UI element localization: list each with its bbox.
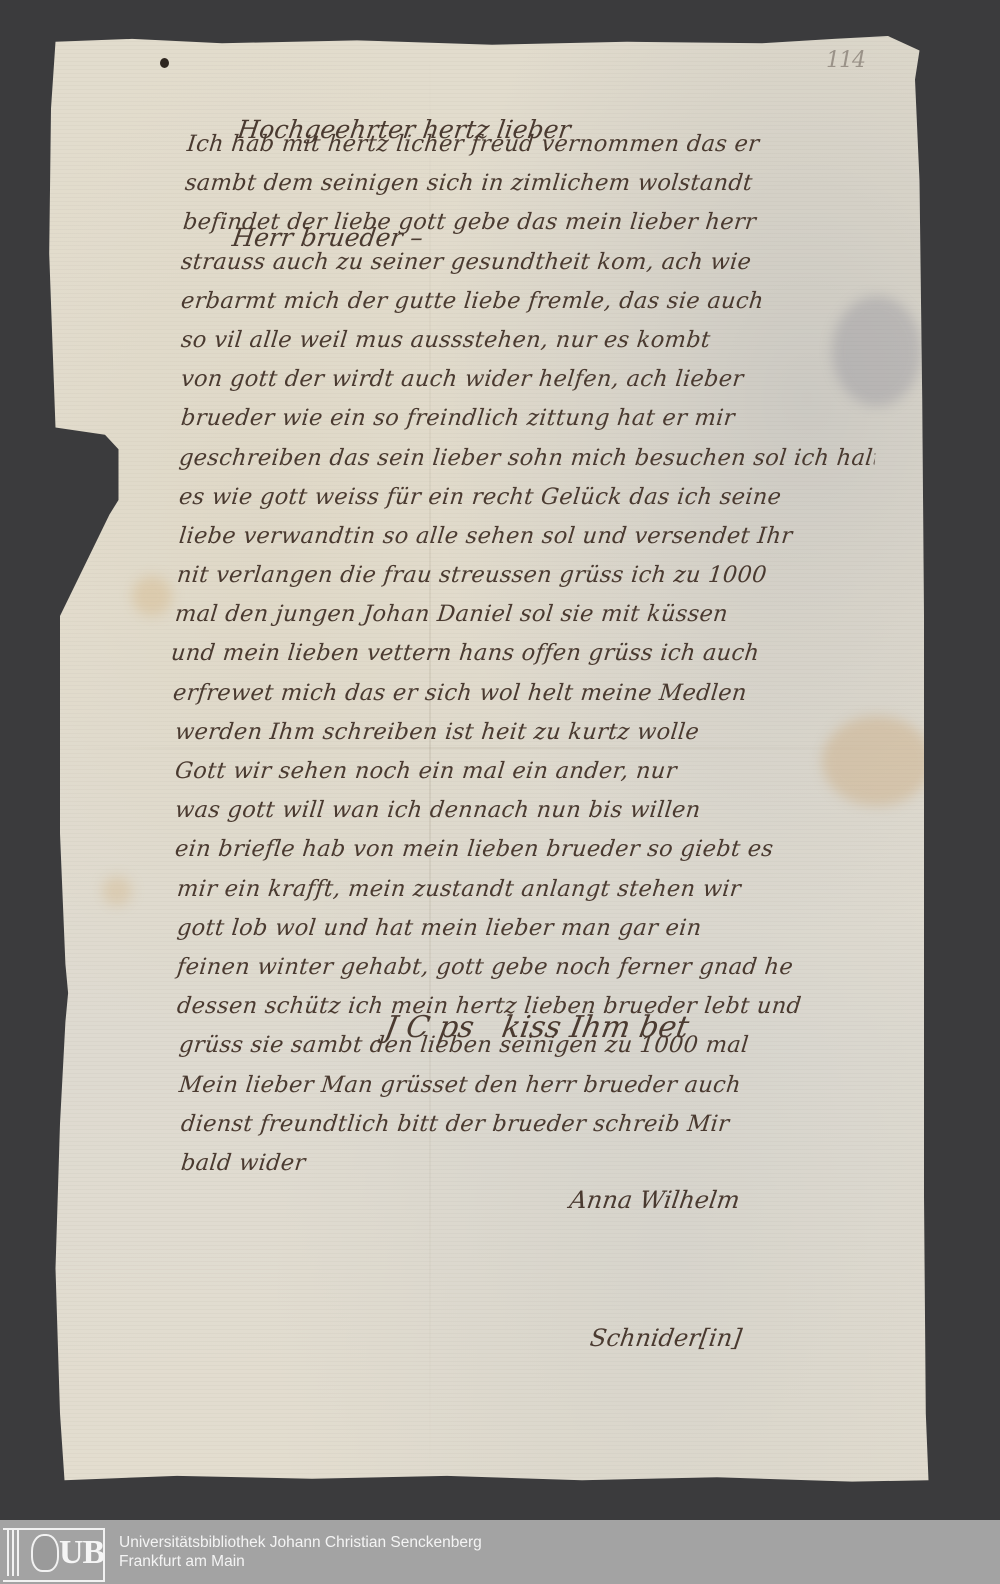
letter-line: was gott will wan ich dennach nun bis wi… xyxy=(143,791,877,830)
letter-line: mal den jungen Johan Daniel sol sie mit … xyxy=(143,595,877,634)
institution-name-line2: Frankfurt am Main xyxy=(119,1552,482,1571)
letter-line: nit verlangen die frau streussen grüss i… xyxy=(143,556,877,595)
letter-line: liebe verwandtin so alle sehen sol und v… xyxy=(143,517,877,556)
letter-line: strauss auch zu seiner gesundtheit kom, … xyxy=(143,243,877,282)
letter-line: befindet der liebe gott gebe das mein li… xyxy=(143,203,877,242)
letter-line: von gott der wirdt auch wider helfen, ac… xyxy=(143,360,877,399)
institution-name: Universitätsbibliothek Johann Christian … xyxy=(119,1533,482,1571)
letter-line: Gott wir sehen noch ein mal ein ander, n… xyxy=(143,752,877,791)
letter-line: ein briefle hab von mein lieben brueder … xyxy=(143,830,877,869)
letter-line: Ich hab mit hertz licher freud vernommen… xyxy=(143,125,877,164)
ink-blot xyxy=(160,58,169,68)
letter-line: sambt dem seinigen sich in zimlichem wol… xyxy=(143,164,877,203)
folio-number: 114 xyxy=(826,48,865,73)
signature-line: Anna Wilhelm xyxy=(566,1177,764,1223)
letter-line: feinen winter gehabt, gott gebe noch fer… xyxy=(143,948,877,987)
letter-line: erbarmt mich der gutte liebe fremle, das… xyxy=(143,282,877,321)
manuscript-viewer: 114 Hochgeehrter hertz lieber Herr brued… xyxy=(0,0,1000,1520)
letter-line: geschreiben das sein lieber sohn mich be… xyxy=(143,439,877,478)
letter-line: es wie gott weiss für ein recht Gelück d… xyxy=(143,478,877,517)
water-stain xyxy=(102,876,132,906)
letter-line: brueder wie ein so freindlich zittung ha… xyxy=(143,399,877,438)
letter-line: erfrewet mich das er sich wol helt meine… xyxy=(143,674,877,713)
letter-line: mir ein krafft, mein zustandt anlangt st… xyxy=(143,870,877,909)
ub-library-logo[interactable]: UB xyxy=(3,1524,113,1580)
library-footer-banner: UB Universitätsbibliothek Johann Christi… xyxy=(0,1520,1000,1584)
letter-closing: J C ps kiss Ihm bet xyxy=(382,1010,692,1045)
letter-line: so vil alle weil mus aussstehen, nur es … xyxy=(143,321,877,360)
letter-line: gott lob wol und hat mein lieber man gar… xyxy=(143,909,877,948)
logo-text: UB xyxy=(59,1536,104,1570)
senckenberg-portrait-icon xyxy=(31,1534,59,1572)
letter-line: werden Ihm schreiben ist heit zu kurtz w… xyxy=(143,713,877,752)
letter-line: und mein lieben vettern hans offen grüss… xyxy=(143,634,877,673)
institution-name-line1: Universitätsbibliothek Johann Christian … xyxy=(119,1533,482,1552)
signature-line: Schnider[in] xyxy=(547,1315,745,1361)
